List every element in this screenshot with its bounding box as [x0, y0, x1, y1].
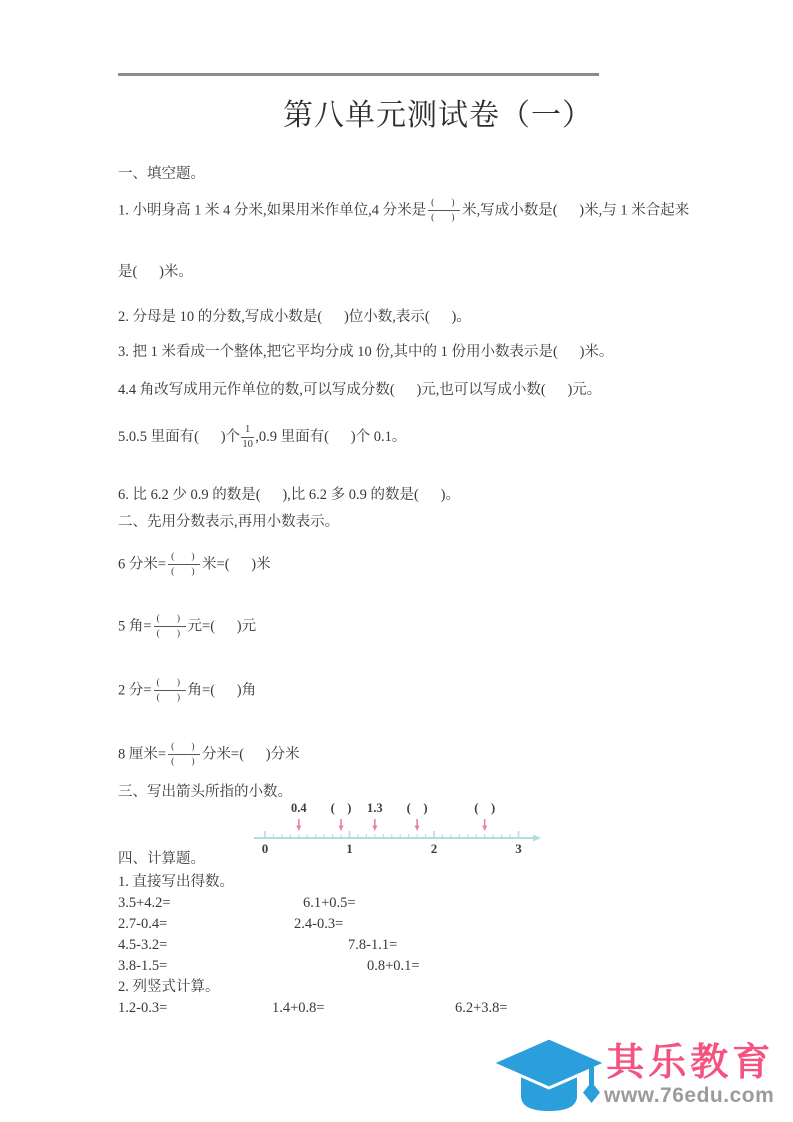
calc-subheading-2: 2. 列竖式计算。 [118, 976, 220, 998]
question-4: 4.4 角改写成用元作单位的数,可以写成分数( )元,也可以写成小数( )元。 [118, 379, 601, 401]
calc-item: 6.1+0.5= [303, 892, 356, 914]
question-5: 5.0.5 里面有( )个110,0.9 里面有( )个 0.1。 [118, 424, 406, 451]
fraction-blank: ( )( ) [168, 742, 200, 768]
fraction-one-tenth: 110 [241, 424, 254, 451]
fraction-denominator: ( ) [154, 627, 186, 640]
calc-item: 2.4-0.3= [294, 913, 343, 935]
fraction-numerator: ( ) [168, 742, 200, 755]
svg-text:( ): ( ) [331, 801, 352, 815]
number-line-svg: 01230.4( )1.3( )( ) [252, 796, 552, 858]
fraction-denominator: ( ) [168, 755, 200, 768]
fraction-numerator: 1 [241, 424, 254, 438]
question-2: 2. 分母是 10 的分数,写成小数是( )位小数,表示( )。 [118, 306, 471, 328]
convert-post: 元=( )元 [188, 618, 257, 634]
fraction-blank: ( )( ) [154, 614, 186, 640]
calc-item: 1.2-0.3= [118, 997, 167, 1019]
svg-text:2: 2 [431, 841, 438, 856]
convert-row: 6 分米=( )( )米=( )米 [118, 552, 271, 578]
section-2-heading: 二、先用分数表示,再用小数表示。 [118, 511, 339, 533]
calc-item: 2.7-0.4= [118, 913, 167, 935]
calc-item: 1.4+0.8= [272, 997, 325, 1019]
fraction-numerator: ( ) [428, 198, 460, 211]
calc-item: 6.2+3.8= [455, 997, 508, 1019]
svg-text:( ): ( ) [407, 801, 428, 815]
convert-post: 分米=( )分米 [202, 746, 300, 762]
svg-text:( ): ( ) [474, 801, 495, 815]
worksheet-page: 第八单元测试卷（一） 一、填空题。 1. 小明身高 1 米 4 分米,如果用米作… [0, 0, 793, 1122]
convert-pre: 8 厘米= [118, 746, 166, 762]
convert-post: 角=( )角 [188, 682, 257, 698]
convert-pre: 5 角= [118, 618, 152, 634]
logo: 其乐教育 www.76edu.com [488, 1036, 774, 1116]
svg-text:1: 1 [346, 841, 353, 856]
fraction-blank: ( )( ) [168, 552, 200, 578]
question-1-line-1: 1. 小明身高 1 米 4 分米,如果用米作单位,4 分米是( )( )米,写成… [118, 198, 689, 224]
graduation-cap-icon [488, 1036, 610, 1116]
question-5-pre: 5.0.5 里面有( )个 [118, 429, 240, 445]
question-5-post: ,0.9 里面有( )个 0.1。 [255, 429, 406, 445]
top-divider [118, 73, 599, 76]
calc-item: 7.8-1.1= [348, 934, 397, 956]
fraction-blank: ( )( ) [428, 198, 460, 224]
section-1-heading: 一、填空题。 [118, 163, 205, 185]
svg-text:1.3: 1.3 [367, 801, 383, 815]
logo-url: www.76edu.com [604, 1084, 774, 1108]
fraction-numerator: ( ) [154, 678, 186, 691]
fraction-numerator: ( ) [154, 614, 186, 627]
convert-pre: 6 分米= [118, 556, 166, 572]
fraction-denominator: ( ) [428, 211, 460, 224]
calc-subheading-1: 1. 直接写出得数。 [118, 871, 234, 893]
question-1-pre: 1. 小明身高 1 米 4 分米,如果用米作单位,4 分米是 [118, 202, 426, 218]
svg-text:0.4: 0.4 [291, 801, 307, 815]
convert-post: 米=( )米 [202, 556, 271, 572]
question-6: 6. 比 6.2 少 0.9 的数是( ),比 6.2 多 0.9 的数是( )… [118, 484, 460, 506]
convert-row: 2 分=( )( )角=( )角 [118, 678, 256, 704]
calc-item: 3.5+4.2= [118, 892, 171, 914]
fraction-denominator: 10 [241, 438, 254, 451]
convert-row: 5 角=( )( )元=( )元 [118, 614, 256, 640]
convert-row: 8 厘米=( )( )分米=( )分米 [118, 742, 300, 768]
fraction-denominator: ( ) [168, 565, 200, 578]
svg-text:0: 0 [262, 841, 269, 856]
logo-text: 其乐教育 www.76edu.com [604, 1042, 774, 1108]
fraction-numerator: ( ) [168, 552, 200, 565]
calc-item: 0.8+0.1= [367, 955, 420, 977]
section-4-heading: 四、计算题。 [118, 848, 205, 870]
question-3: 3. 把 1 米看成一个整体,把它平均分成 10 份,其中的 1 份用小数表示是… [118, 341, 613, 363]
logo-name: 其乐教育 [606, 1042, 774, 1084]
calc-item: 4.5-3.2= [118, 934, 167, 956]
question-1-line-2: 是( )米。 [118, 261, 193, 283]
question-1-post: 米,写成小数是( )米,与 1 米合起来 [462, 202, 689, 218]
fraction-denominator: ( ) [154, 691, 186, 704]
fraction-blank: ( )( ) [154, 678, 186, 704]
calc-item: 3.8-1.5= [118, 955, 167, 977]
convert-pre: 2 分= [118, 682, 152, 698]
page-title: 第八单元测试卷（一） [283, 96, 593, 136]
svg-text:3: 3 [515, 841, 522, 856]
